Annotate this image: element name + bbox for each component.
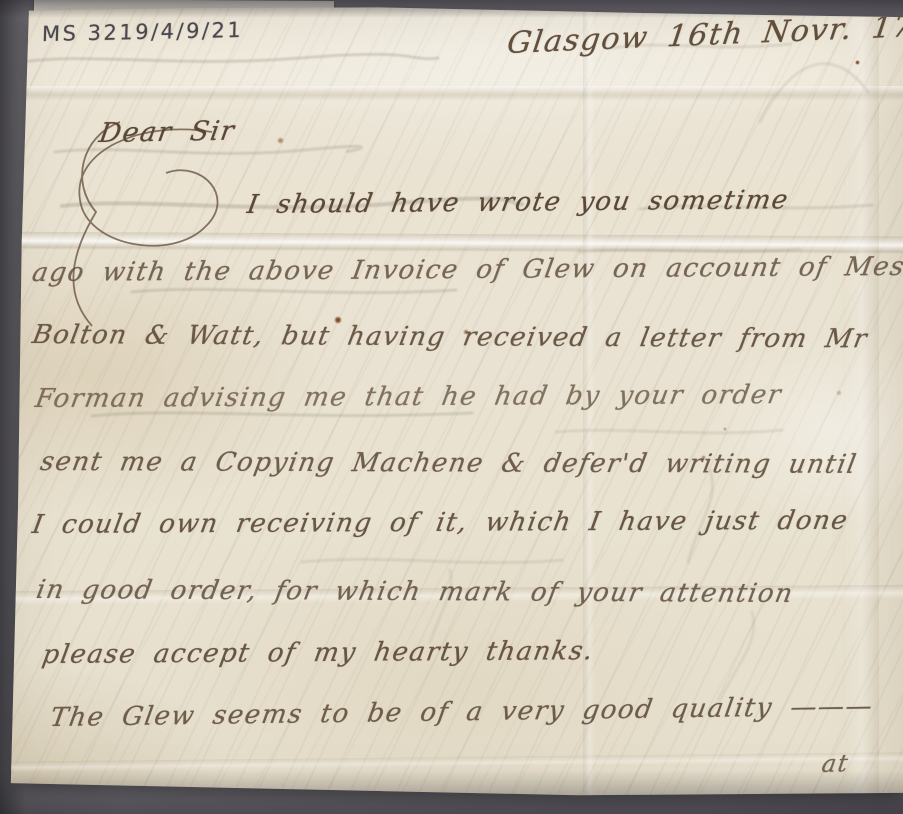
manuscript-line: ago with the above Invoice of Glew on ac… bbox=[30, 252, 903, 288]
manuscript-line: I should have wrote you sometime bbox=[245, 185, 791, 220]
dateline: Glasgow 16th Novr. 1792 bbox=[505, 7, 903, 61]
manuscript-line: The Glew seems to be of a very good qual… bbox=[48, 692, 876, 733]
manuscript-line: Bolton & Watt, but having received a let… bbox=[30, 320, 870, 354]
archive-reference: MS 3219/4/9/21 bbox=[42, 18, 244, 46]
foxing-spot bbox=[723, 427, 727, 431]
foxing-spot bbox=[277, 137, 284, 144]
photograph-of-letter: MS 3219/4/9/21 Glasgow 16th Novr. 1792 D… bbox=[0, 0, 903, 814]
foxing-spot bbox=[855, 60, 860, 65]
fold-crease-bottom bbox=[0, 752, 903, 771]
manuscript-line: in good order, for which mark of your at… bbox=[34, 575, 796, 609]
letter-sheet-wrapper: MS 3219/4/9/21 Glasgow 16th Novr. 1792 D… bbox=[0, 0, 903, 814]
letter-sheet: MS 3219/4/9/21 Glasgow 16th Novr. 1792 D… bbox=[0, 0, 903, 814]
manuscript-line: sent me a Copying Machene & defer'd writ… bbox=[38, 447, 860, 480]
manuscript-line: I could own receiving of it, which I hav… bbox=[30, 506, 851, 540]
foxing-spot bbox=[836, 390, 842, 396]
fold-crease-top bbox=[0, 86, 903, 101]
catchword: at bbox=[820, 749, 851, 778]
fold-crease-upper bbox=[0, 232, 903, 255]
manuscript-line: Forman advising me that he had by your o… bbox=[33, 380, 784, 414]
salutation: Dear Sir bbox=[97, 116, 238, 149]
manuscript-line: please accept of my hearty thanks. bbox=[40, 636, 596, 670]
